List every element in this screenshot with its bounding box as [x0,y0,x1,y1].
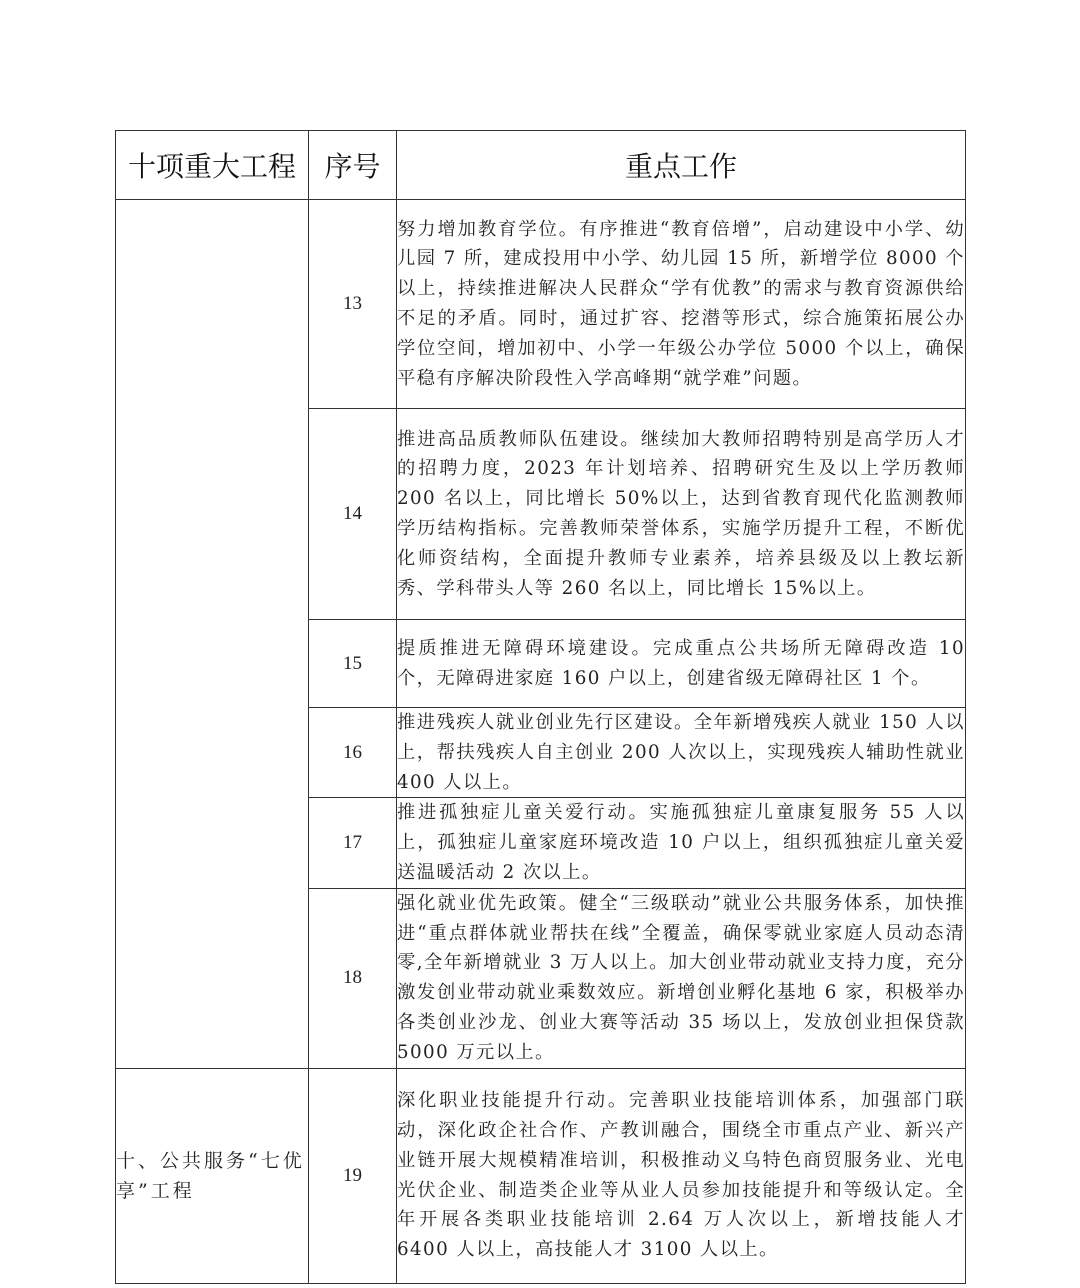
header-number: 序号 [309,131,397,200]
key-work-table: 十项重大工程 序号 重点工作 13 努力增加教育学位。有序推进“教育倍增”，启动… [115,130,966,1284]
row-number: 18 [309,888,397,1068]
header-project: 十项重大工程 [116,131,309,200]
project-cell [116,200,309,1069]
row-number: 13 [309,200,397,409]
key-work-text: 推进残疾人就业创业先行区建设。全年新增残疾人就业 150 人以上，帮扶残疾人自主… [397,708,966,798]
header-key-work: 重点工作 [397,131,966,200]
row-number: 14 [309,409,397,620]
row-number: 15 [309,620,397,708]
key-work-text: 努力增加教育学位。有序推进“教育倍增”，启动建设中小学、幼儿园 7 所，建成投用… [397,200,966,409]
key-work-text: 推进高品质教师队伍建设。继续加大教师招聘特别是高学历人才的招聘力度，2023 年… [397,409,966,620]
key-work-text: 深化职业技能提升行动。完善职业技能培训体系，加强部门联动，深化政企社合作、产教训… [397,1068,966,1283]
table-header-row: 十项重大工程 序号 重点工作 [116,131,966,200]
table-row: 13 努力增加教育学位。有序推进“教育倍增”，启动建设中小学、幼儿园 7 所，建… [116,200,966,409]
row-number: 16 [309,708,397,798]
row-number: 19 [309,1068,397,1283]
row-number: 17 [309,798,397,888]
key-work-text: 推进孤独症儿童关爱行动。实施孤独症儿童康复服务 55 人以上，孤独症儿童家庭环境… [397,798,966,888]
table-row: 十、公共服务“七优享”工程 19 深化职业技能提升行动。完善职业技能培训体系，加… [116,1068,966,1283]
key-work-text: 强化就业优先政策。健全“三级联动”就业公共服务体系，加快推进“重点群体就业帮扶在… [397,888,966,1068]
key-work-text: 提质推进无障碍环境建设。完成重点公共场所无障碍改造 10 个，无障碍进家庭 16… [397,620,966,708]
project-cell: 十、公共服务“七优享”工程 [116,1068,309,1283]
